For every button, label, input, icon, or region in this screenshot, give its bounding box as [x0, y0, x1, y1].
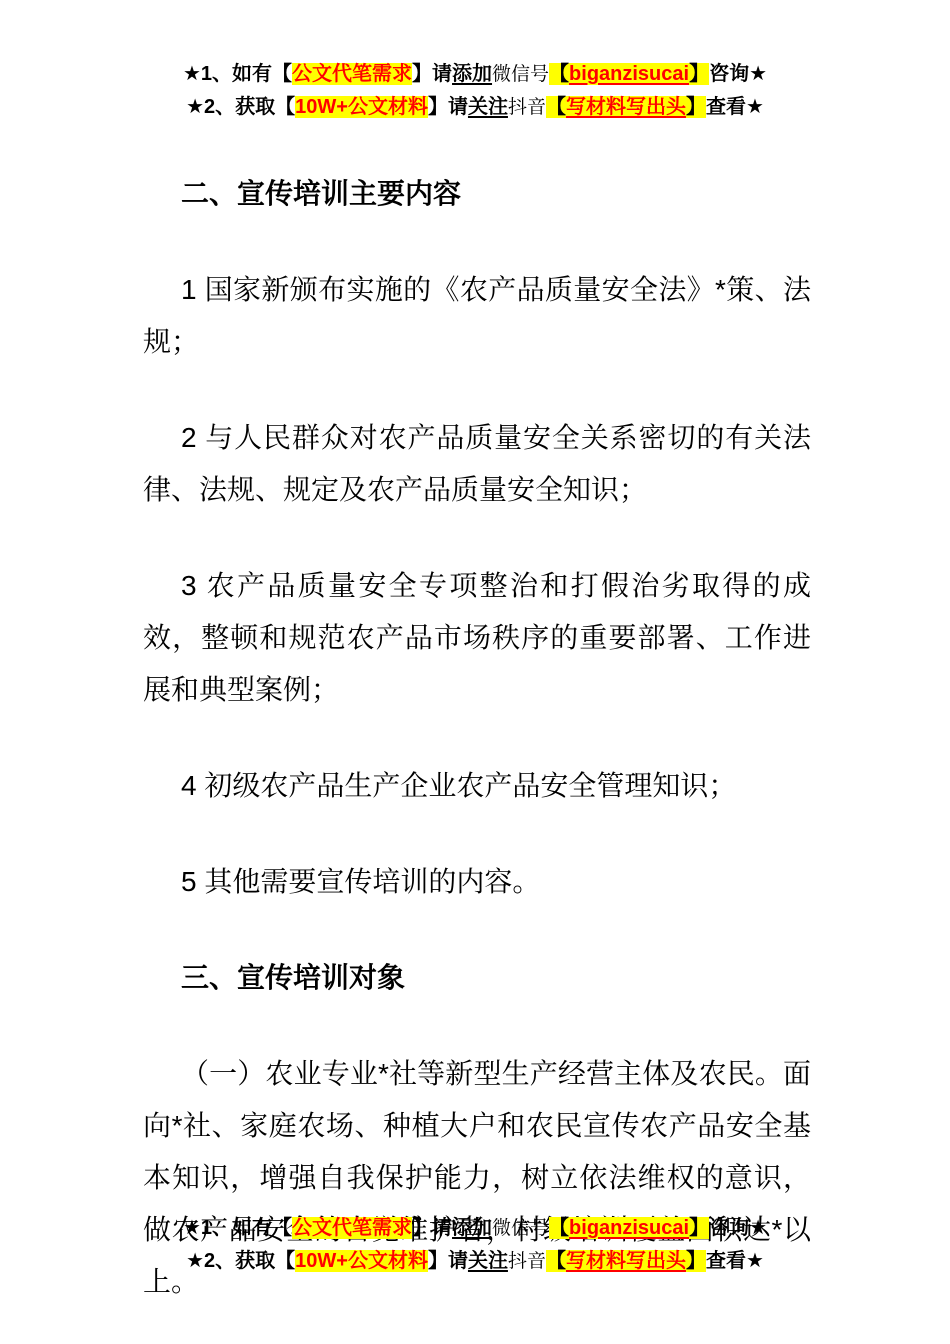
writing-service-highlight: 公文代笔需求 — [292, 63, 412, 85]
banner-suffix: 查看★ — [706, 1250, 764, 1272]
close-bracket: 】 — [686, 1250, 706, 1272]
douyin-label: 抖音 — [508, 97, 546, 118]
banner-line-2: ★2、获取【10W+公文材料】请关注抖音【写材料写出头】查看★ — [0, 1245, 950, 1278]
banner-mid: 】请 — [428, 96, 468, 118]
section-3-heading: 三、宣传培训对象 — [143, 952, 811, 1004]
wechat-id-highlight: biganzisucai — [569, 1217, 689, 1239]
writing-service-highlight: 公文代笔需求 — [292, 1217, 412, 1239]
banner-suffix: 查看★ — [706, 96, 764, 118]
open-bracket: 【 — [549, 63, 569, 85]
add-action-underlined: 添加 — [452, 1217, 492, 1239]
banner-line-2: ★2、获取【10W+公文材料】请关注抖音【写材料写出头】查看★ — [0, 91, 950, 124]
banner-mid: 】请 — [412, 1217, 452, 1239]
open-bracket: 【 — [546, 96, 566, 118]
banner-suffix: 咨询★ — [709, 63, 767, 85]
douyin-label: 抖音 — [508, 1251, 546, 1272]
banner-prefix: ★1、如有【 — [183, 63, 292, 85]
content-item-4: 4 初级农产品生产企业农产品安全管理知识； — [143, 760, 811, 812]
open-bracket: 【 — [546, 1250, 566, 1272]
banner-prefix: ★1、如有【 — [183, 1217, 292, 1239]
material-highlight: 10W+公文材料 — [295, 96, 428, 118]
open-bracket: 【 — [549, 1217, 569, 1239]
content-item-3: 3 农产品质量安全专项整治和打假治劣取得的成效，整顿和规范农产品市场秩序的重要部… — [143, 560, 811, 716]
close-bracket: 】 — [689, 63, 709, 85]
banner-prefix: ★2、获取【 — [186, 1250, 295, 1272]
promo-banner-top: ★1、如有【公文代笔需求】请添加微信号【biganzisucai】咨询★ ★2、… — [0, 58, 950, 124]
wechat-label: 微信号 — [492, 64, 549, 85]
add-action-underlined: 添加 — [452, 63, 492, 85]
content-item-1: 1 国家新颁布实施的《农产品质量安全法》*策、法规； — [143, 264, 811, 368]
follow-action-underlined: 关注 — [468, 1250, 508, 1272]
material-highlight: 10W+公文材料 — [295, 1250, 428, 1272]
banner-line-1: ★1、如有【公文代笔需求】请添加微信号【biganzisucai】咨询★ — [0, 58, 950, 91]
banner-line-1: ★1、如有【公文代笔需求】请添加微信号【biganzisucai】咨询★ — [0, 1212, 950, 1245]
promo-banner-bottom: ★1、如有【公文代笔需求】请添加微信号【biganzisucai】咨询★ ★2、… — [0, 1212, 950, 1278]
section-2-heading: 二、宣传培训主要内容 — [143, 168, 811, 220]
document-body: 二、宣传培训主要内容 1 国家新颁布实施的《农产品质量安全法》*策、法规； 2 … — [143, 168, 811, 1308]
close-bracket: 】 — [686, 96, 706, 118]
wechat-id-highlight: biganzisucai — [569, 63, 689, 85]
wechat-label: 微信号 — [492, 1218, 549, 1239]
banner-mid: 】请 — [412, 63, 452, 85]
douyin-id-highlight: 写材料写出头 — [566, 96, 686, 118]
banner-suffix: 咨询★ — [709, 1217, 767, 1239]
douyin-id-highlight: 写材料写出头 — [566, 1250, 686, 1272]
content-item-2: 2 与人民群众对农产品质量安全关系密切的有关法律、法规、规定及农产品质量安全知识… — [143, 412, 811, 516]
content-item-5: 5 其他需要宣传培训的内容。 — [143, 856, 811, 908]
banner-mid: 】请 — [428, 1250, 468, 1272]
banner-prefix: ★2、获取【 — [186, 96, 295, 118]
close-bracket: 】 — [689, 1217, 709, 1239]
follow-action-underlined: 关注 — [468, 96, 508, 118]
document-page: ★1、如有【公文代笔需求】请添加微信号【biganzisucai】咨询★ ★2、… — [0, 0, 950, 1344]
